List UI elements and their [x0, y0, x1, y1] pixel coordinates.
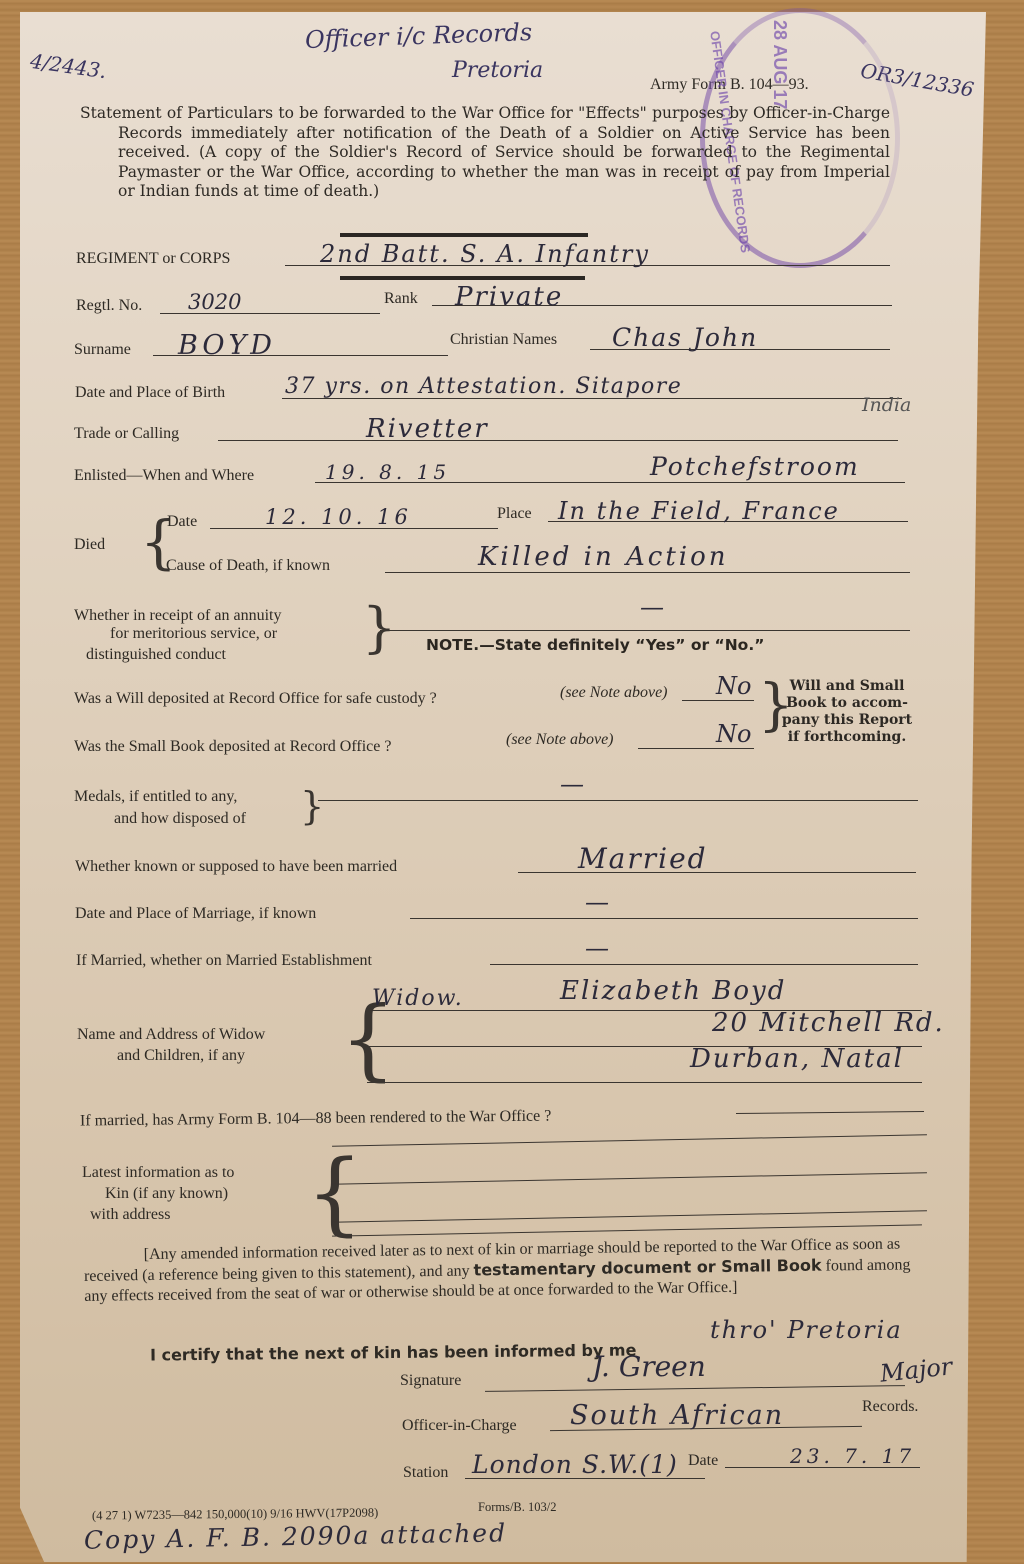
small-book-line: [638, 748, 754, 749]
brace: {: [300, 786, 324, 826]
widow-address-line-2[interactable]: Durban, Natal: [690, 1044, 904, 1074]
station-value[interactable]: London S.W.(1): [472, 1450, 678, 1479]
officer-in-charge-suffix: Records.: [862, 1398, 918, 1416]
signature-value[interactable]: J. Green: [592, 1350, 706, 1383]
kin-label-2: Kin (if any known): [105, 1185, 228, 1203]
regtl-no-label: Regtl. No.: [76, 297, 142, 315]
widow-prefix[interactable]: Widow.: [372, 986, 464, 1011]
surname-label: Surname: [74, 341, 131, 359]
small-book-label: Was the Small Book deposited at Record O…: [74, 738, 391, 756]
kin-label-3: with address: [90, 1206, 170, 1224]
died-label: Died: [74, 536, 105, 554]
marriage-date-place-label: Date and Place of Marriage, if known: [75, 905, 316, 923]
surname-value[interactable]: BOYD: [178, 330, 276, 361]
married-value[interactable]: Married: [578, 842, 708, 875]
header-handwriting-pretoria: Pretoria: [452, 58, 543, 83]
intro-statement: Statement of Particulars to be forwarded…: [80, 104, 890, 202]
date-value[interactable]: 23. 7. 17: [790, 1444, 915, 1468]
birth-value[interactable]: 37 yrs. on Attestation. Sitapore: [285, 374, 682, 399]
died-date-value[interactable]: 12. 10. 16: [265, 505, 412, 529]
married-label: Whether known or supposed to have been m…: [75, 858, 397, 876]
annuity-line: [380, 630, 910, 631]
date-label: Date: [688, 1452, 718, 1470]
annuity-label-1: Whether in receipt of an annuity: [74, 607, 281, 625]
medals-value[interactable]: —: [560, 770, 584, 798]
widow-label-2: and Children, if any: [117, 1047, 245, 1065]
cause-of-death-value[interactable]: Killed in Action: [478, 542, 729, 572]
stamp-date: 28 AUG 17: [769, 20, 790, 109]
will-note: (see Note above): [560, 684, 668, 702]
annuity-value[interactable]: —: [640, 593, 664, 621]
station-label: Station: [403, 1464, 448, 1482]
trade-value[interactable]: Rivetter: [366, 414, 489, 444]
widow-address-line-1[interactable]: 20 Mitchell Rd.: [712, 1008, 945, 1038]
cause-of-death-label: Cause of Death, if known: [166, 557, 330, 575]
officer-in-charge-value[interactable]: South African: [570, 1400, 784, 1431]
forms-code: Forms/B. 103/2: [478, 1500, 557, 1515]
birth-value-extra[interactable]: India: [862, 394, 911, 416]
rank-label: Rank: [384, 290, 418, 308]
medals-label-1: Medals, if entitled to any,: [74, 788, 237, 806]
birth-label: Date and Place of Birth: [75, 384, 225, 402]
rule: [340, 233, 588, 237]
marriage-date-place-value[interactable]: —: [585, 888, 609, 916]
regiment-label: REGIMENT or CORPS: [76, 250, 230, 268]
medals-label-2: and how disposed of: [114, 810, 246, 828]
christian-names-value[interactable]: Chas John: [612, 323, 758, 352]
trade-line: [218, 440, 898, 441]
annuity-note: NOTE.—State definitely “Yes” or “No.”: [426, 636, 764, 654]
widow-label-1: Name and Address of Widow: [77, 1026, 265, 1044]
christian-names-label: Christian Names: [450, 331, 557, 349]
amended-information-note: [Any amended information received later …: [84, 1234, 935, 1307]
small-book-note: (see Note above): [506, 731, 614, 749]
died-place-value[interactable]: In the Field, France: [558, 497, 840, 525]
annuity-label-3: distinguished conduct: [86, 646, 226, 664]
medals-line: [318, 800, 918, 801]
died-date-label: Date: [167, 513, 197, 531]
regiment-value[interactable]: 2nd Batt. S. A. Infantry: [320, 240, 650, 268]
officer-in-charge-label: Officer-in-Charge: [402, 1417, 517, 1435]
brace: {: [362, 600, 396, 656]
annuity-label-2: for meritorious service, or: [110, 625, 277, 643]
widow-name-value[interactable]: Elizabeth Boyd: [560, 976, 786, 1006]
marriage-date-place-line: [410, 918, 918, 919]
will-small-book-note: Will and Small Book to accom- pany this …: [772, 678, 922, 746]
will-label: Was a Will deposited at Record Office fo…: [74, 690, 437, 708]
trade-label: Trade or Calling: [74, 425, 179, 443]
died-place-label: Place: [497, 505, 532, 523]
signature-label: Signature: [400, 1372, 461, 1390]
will-value[interactable]: No: [716, 672, 751, 700]
certify-handwriting[interactable]: thro' Pretoria: [710, 1316, 903, 1344]
enlisted-label: Enlisted—When and Where: [74, 467, 254, 485]
small-book-value[interactable]: No: [716, 720, 751, 748]
enlisted-when-value[interactable]: 19. 8. 15: [325, 460, 450, 484]
cause-of-death-line: [385, 572, 910, 573]
widow-line-3: [367, 1082, 922, 1083]
married-establishment-value[interactable]: —: [585, 934, 609, 962]
rule: [340, 276, 585, 280]
enlisted-where-value[interactable]: Potchefstroom: [650, 452, 860, 481]
brace: {: [306, 1148, 363, 1240]
will-line: [682, 700, 754, 701]
regtl-no-value[interactable]: 3020: [188, 290, 241, 314]
rank-value[interactable]: Private: [455, 282, 563, 312]
kin-label-1: Latest information as to: [82, 1164, 234, 1182]
married-establishment-label: If Married, whether on Married Establish…: [76, 952, 372, 970]
married-establishment-line: [490, 964, 918, 965]
